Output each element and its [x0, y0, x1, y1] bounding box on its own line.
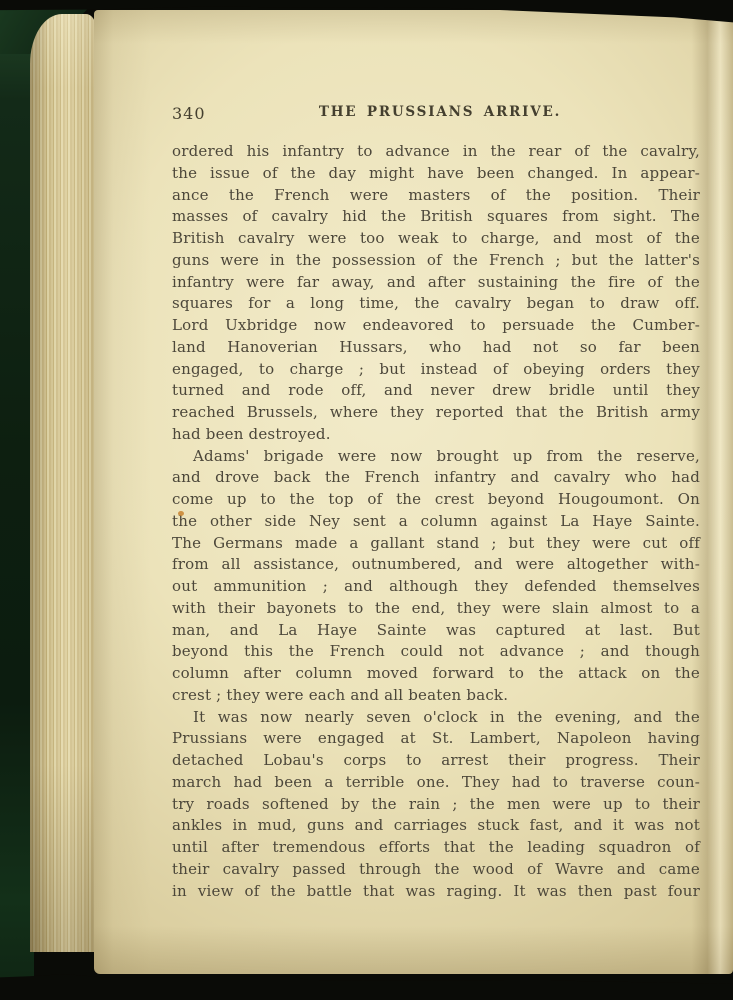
running-header: THE PRUSSIANS ARRIVE. — [172, 104, 700, 120]
text-line: until after tremendous efforts that the … — [172, 837, 700, 859]
text-line: reached Brussels, where they reported th… — [172, 402, 700, 424]
text-line: march had been a terrible one. They had … — [172, 772, 700, 794]
text-line: man, and La Haye Sainte was captured at … — [172, 620, 700, 642]
text-line: with their bayonets to the end, they wer… — [172, 598, 700, 620]
text-line: turned and rode off, and never drew brid… — [172, 380, 700, 402]
text-line: beyond this the French could not advance… — [172, 641, 700, 663]
text-line: and drove back the French infantry and c… — [172, 467, 700, 489]
text-line: from all assistance, outnumbered, and we… — [172, 554, 700, 576]
text-line: masses of cavalry hid the British square… — [172, 206, 700, 228]
text-line: the issue of the day might have been cha… — [172, 163, 700, 185]
text-line: Lord Uxbridge now endeavored to persuade… — [172, 315, 700, 337]
text-line: ankles in mud, guns and carriages stuck … — [172, 815, 700, 837]
page-header: 340 THE PRUSSIANS ARRIVE. — [172, 104, 700, 124]
book-page: 340 THE PRUSSIANS ARRIVE. ordered his in… — [94, 10, 733, 974]
text-line: crest ; they were each and all beaten ba… — [172, 685, 700, 707]
text-line: column after column moved forward to the… — [172, 663, 700, 685]
text-line: The Germans made a gallant stand ; but t… — [172, 533, 700, 555]
paragraph: Adams' brigade were now brought up from … — [172, 446, 700, 707]
text-line: come up to the top of the crest beyond H… — [172, 489, 700, 511]
text-line: Prussians were engaged at St. Lambert, N… — [172, 728, 700, 750]
text-line: ordered his infantry to advance in the r… — [172, 141, 700, 163]
paragraph: ordered his infantry to advance in the r… — [172, 141, 700, 446]
text-line: their cavalry passed through the wood of… — [172, 859, 700, 881]
text-line: out ammunition ; and although they defen… — [172, 576, 700, 598]
text-line: land Hanoverian Hussars, who had not so … — [172, 337, 700, 359]
text-line: try roads softened by the rain ; the men… — [172, 794, 700, 816]
book-cover-edge — [0, 0, 34, 1000]
page-stack-edge — [30, 14, 96, 952]
body-text: ordered his infantry to advance in the r… — [172, 141, 700, 902]
page-number: 340 — [172, 104, 206, 123]
text-line: the other side Ney sent a column against… — [172, 511, 700, 533]
text-line: engaged, to charge ; but instead of obey… — [172, 359, 700, 381]
text-line: guns were in the possession of the Frenc… — [172, 250, 700, 272]
paragraph: It was now nearly seven o'clock in the e… — [172, 707, 700, 903]
text-line: in view of the battle that was raging. I… — [172, 881, 700, 903]
text-line: detached Lobau's corps to arrest their p… — [172, 750, 700, 772]
text-line: squares for a long time, the cavalry beg… — [172, 293, 700, 315]
text-line: British cavalry were too weak to charge,… — [172, 228, 700, 250]
text-line: had been destroyed. — [172, 424, 700, 446]
text-line: ance the French were masters of the posi… — [172, 185, 700, 207]
book-photo: 340 THE PRUSSIANS ARRIVE. ordered his in… — [0, 0, 733, 1000]
text-line: Adams' brigade were now brought up from … — [172, 446, 700, 468]
text-line: It was now nearly seven o'clock in the e… — [172, 707, 700, 729]
text-line: infantry were far away, and after sustai… — [172, 272, 700, 294]
page-speck — [178, 511, 184, 516]
page-content: 340 THE PRUSSIANS ARRIVE. ordered his in… — [172, 10, 700, 902]
